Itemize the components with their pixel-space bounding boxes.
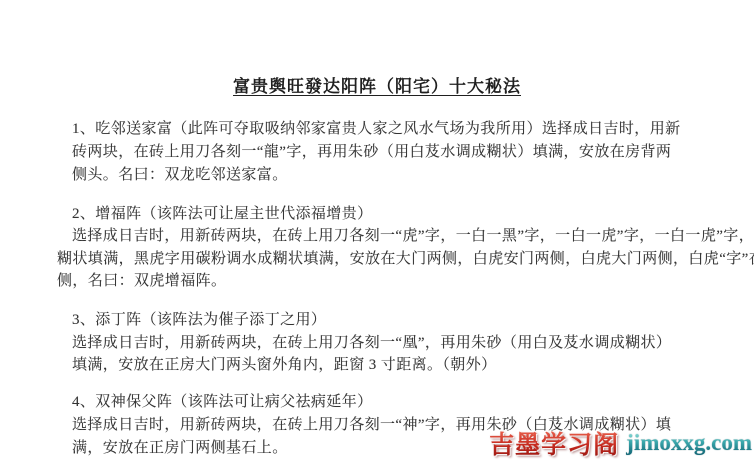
section3-line2: 选择成日吉时，用新砖两块，在砖上用刀各刻一“凰”，再用朱砂（用白及芨水调成糊状） [72,334,671,353]
section4-heading: 4、双神保父阵（该阵法可让病父祛病延年） [72,393,373,412]
document-title: 富贵舆旺發达阳阵（阳宅）十大秘法 [0,72,754,97]
section2-line3: 糊状填满，黑虎字用碳粉调水成糊状填满，安放在大门两侧，白虎安门两侧，白虎大门两侧… [57,250,754,269]
section3-heading: 3、添丁阵（该阵法为催子添丁之用） [72,311,326,330]
section2-heading: 2、增福阵（该阵法可让屋主世代添福增贵） [72,205,373,224]
section1-line3: 侧头。名曰：双龙吃邻送家富。 [72,166,288,185]
document-page: 富贵舆旺發达阳阵（阳宅）十大秘法 1、吃邻送家富（此阵可夺取吸纳邻家富贵人家之风… [0,0,754,464]
section2-line4: 侧，名曰：双虎增福阵。 [57,272,226,291]
section4-line3: 满，安放在正房门两侧基石上。 [72,439,288,458]
section1-line1: 1、吃邻送家富（此阵可夺取吸纳邻家富贵人家之风水气场为我所用）选择成日吉时，用新 [72,120,681,139]
section3-line3: 填满，安放在正房大门两头窗外角内，距窗 3 寸距离。（朝外） [72,356,497,375]
watermark-site-name: 吉墨学习阁 [489,425,619,461]
watermark-site-domain: jimoxxg.com [626,430,752,456]
site-watermark: 吉墨学习阁 jimoxxg.com [489,425,752,461]
section2-line2: 选择成日吉时，用新砖两块，在砖上用刀各刻一“虎”字，一白一黑”字，一白一虎”字，… [72,227,754,246]
section1-line2: 砖两块，在砖上用刀各刻一“龍”字，再用朱砂（用白芨水调成糊状）填满，安放在房背两 [72,143,671,162]
